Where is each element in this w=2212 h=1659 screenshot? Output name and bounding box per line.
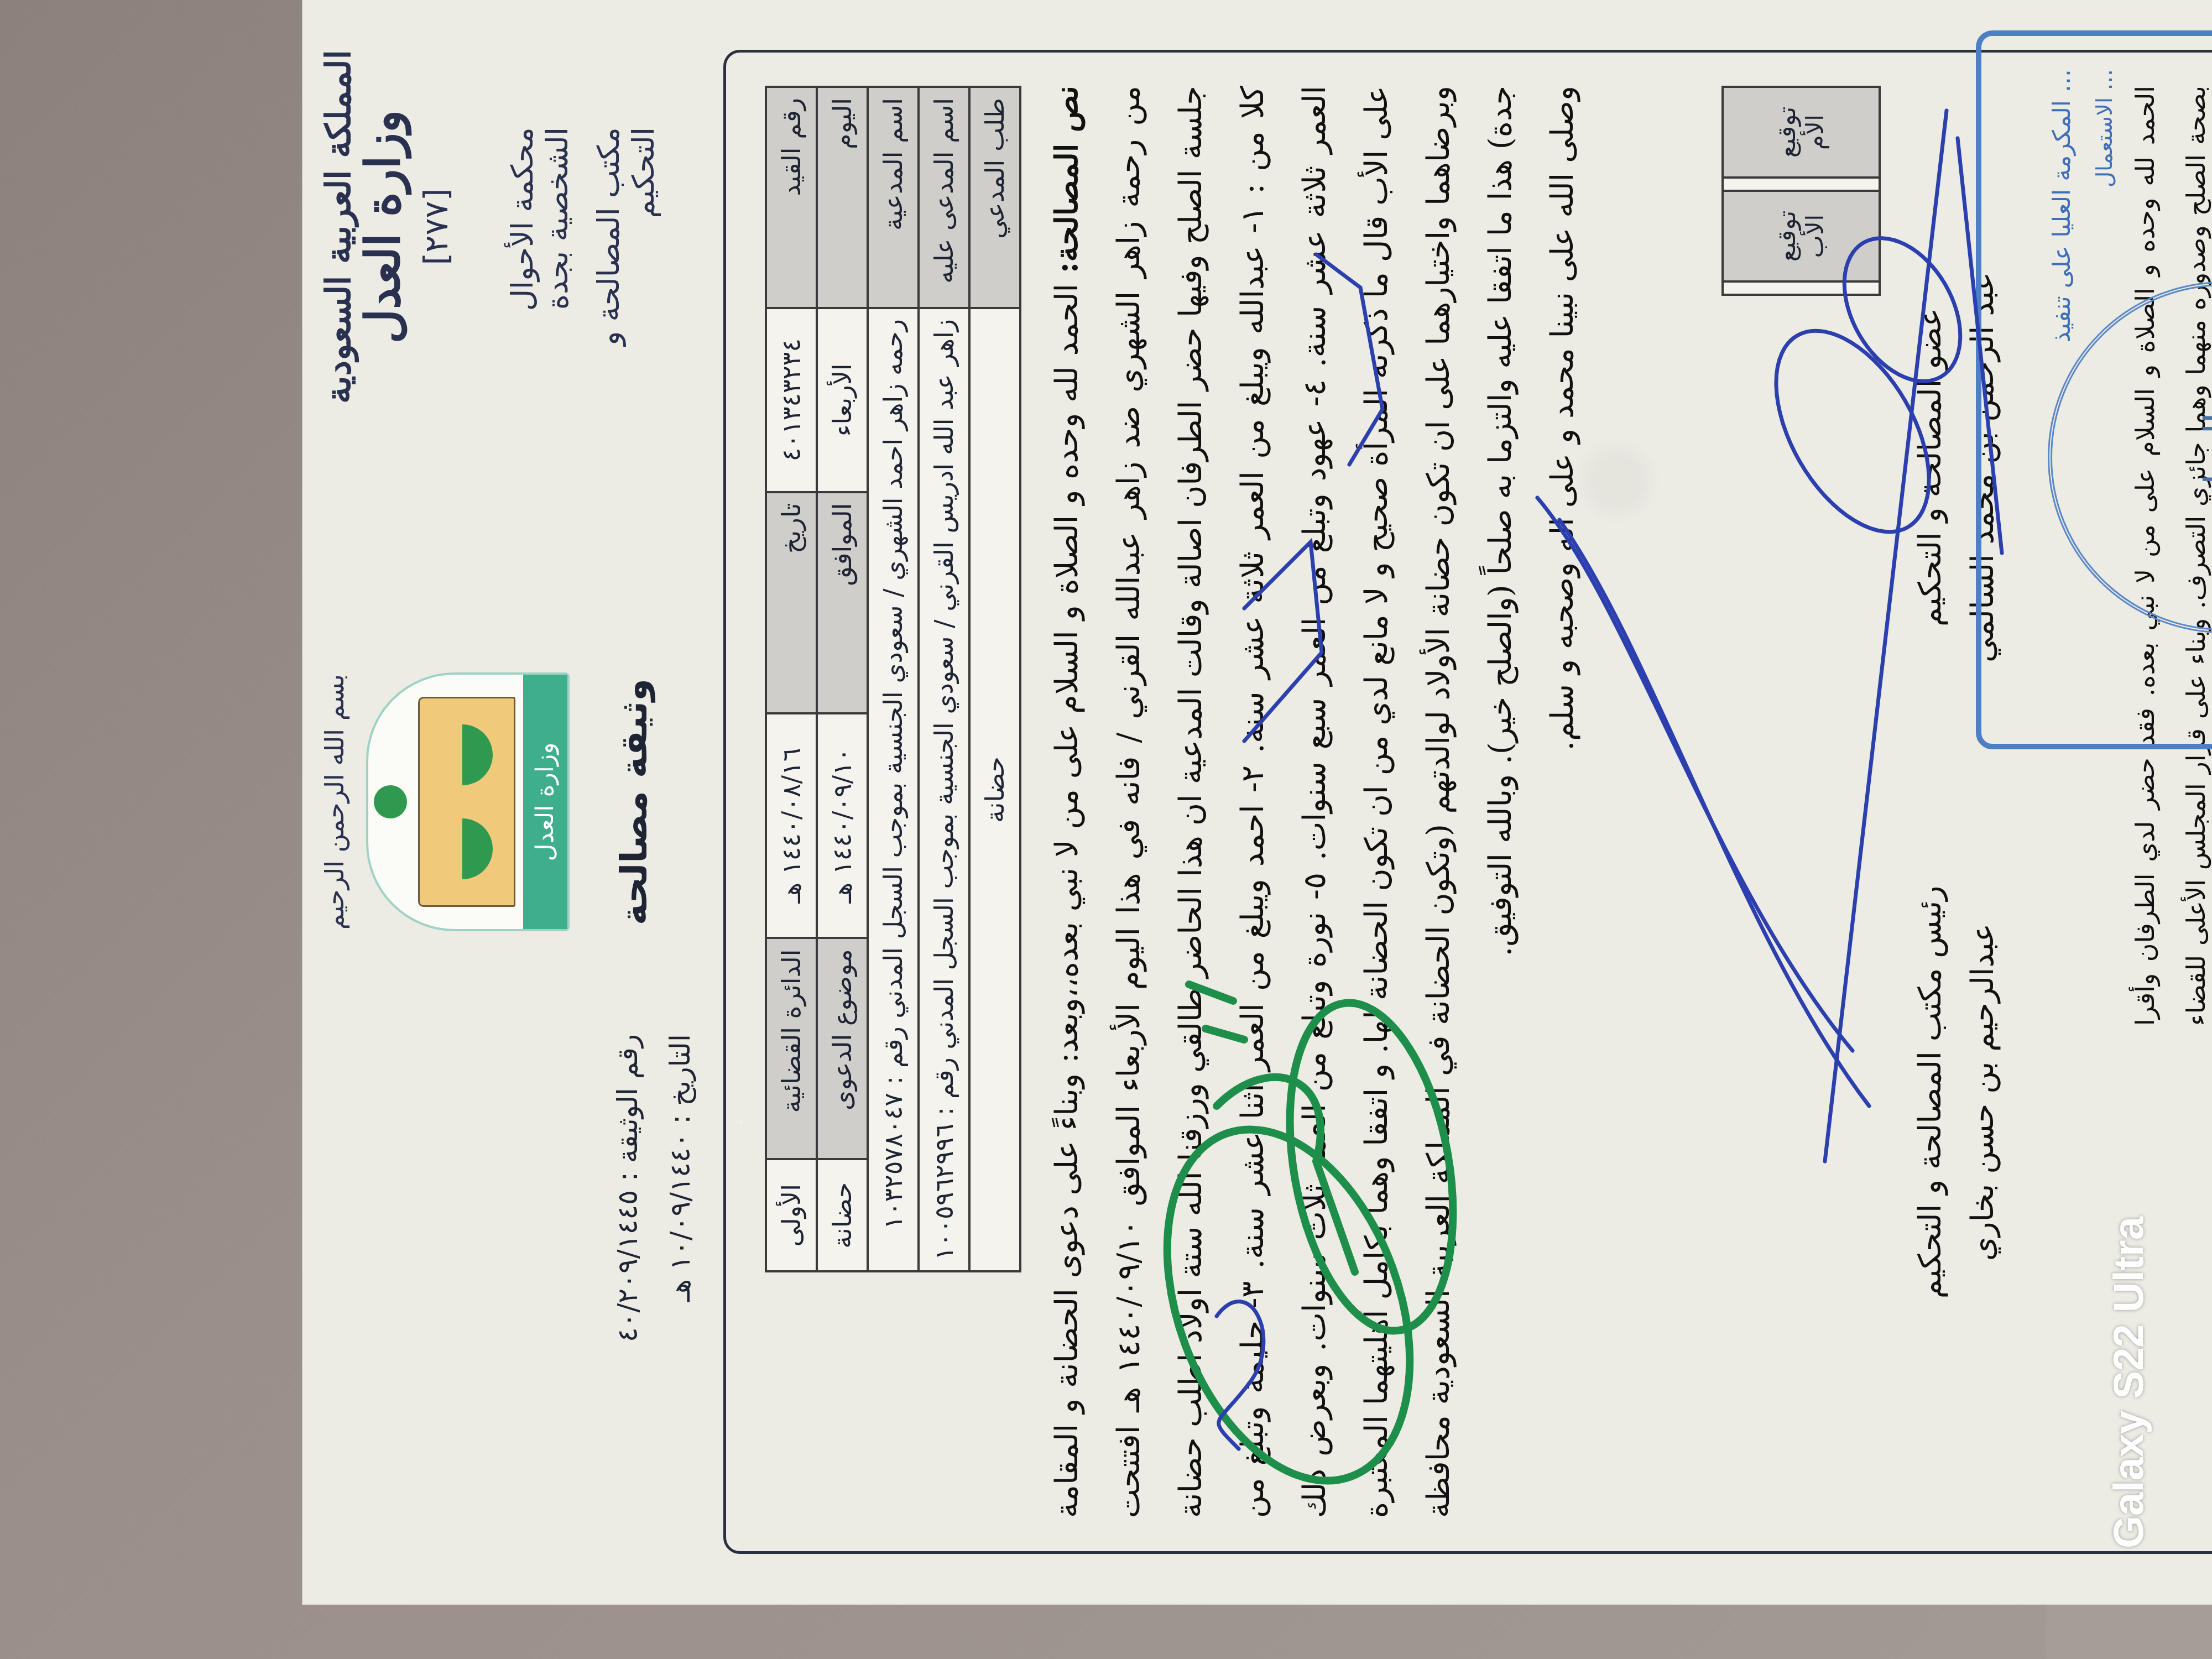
kingdom-name: المملكة العربية السعودية (320, 33, 357, 420)
table-row: اسم المدعية رحمه زاهر احمد الشهري / سعود… (868, 87, 919, 1271)
cell-value: ١٤٤٠/٠٩/١٠ هـ (817, 713, 868, 938)
stamp-line-1: ... المكرمة العليا على تنفيذ (2048, 69, 2076, 342)
document-page: المملكة العربية السعودية وزارة العدل [٢٧… (303, 0, 2212, 1604)
cell-label: تاريخ (766, 492, 817, 713)
head-title: رئيس مكتب المصالحة و التحكيم (1904, 788, 1957, 1396)
camera-watermark: Galaxy S22 Ultra (2068, 1145, 2190, 1620)
cell-value: رحمه زاهر احمد الشهري / سعودي الجنسية بم… (868, 308, 919, 1271)
reconciliation-body: الحمد لله وحده و الصلاة و السلام على من … (1049, 86, 1519, 1518)
document-date-row: التاريخ : ١٠/٠٩/١٤٤٠ هـ (654, 1034, 707, 1532)
cell-label: طلب المدعي (969, 87, 1020, 308)
father-signature-box (1723, 281, 1880, 295)
cell-value: ١٤٤٠/٠٨/١٦ هـ (766, 713, 817, 938)
content-frame: رقم القيد ٤٠١٣٤٣٢٣٤ تاريخ ١٤٤٠/٠٨/١٦ هـ … (723, 50, 2212, 1554)
photo-frame: المملكة العربية السعودية وزارة العدل [٢٧… (0, 0, 2212, 1659)
cell-value: ٤٠١٣٤٣٢٣٤ (766, 308, 817, 492)
cell-value: حضانة (817, 1159, 868, 1271)
document-date-label: التاريخ : (664, 1034, 696, 1124)
form-number: [٢٧٧] (418, 33, 455, 420)
document-title: وثيقة مصالحة (613, 679, 655, 925)
head-signer: رئيس مكتب المصالحة و التحكيم عبدالرحيم ب… (1904, 788, 2009, 1396)
mother-signature-label: توقيع الأم (1723, 87, 1880, 178)
father-signature-label: توقيع الأب (1723, 191, 1880, 281)
member-title: عضو المصالحة و التحكيم (1904, 163, 1957, 771)
cell-label: الموافق (817, 492, 868, 713)
stamp-line-2: ... الاستعمال (2092, 69, 2117, 187)
ministry-logo: وزارة العدل (366, 672, 570, 931)
cell-label: رقم القيد (766, 87, 817, 308)
ministry-header: المملكة العربية السعودية وزارة العدل [٢٧… (320, 33, 661, 420)
ministry-name: وزارة العدل (357, 33, 410, 420)
header-center: بسم الله الرحمن الرحيم وزارة العدل (320, 553, 570, 1051)
reconciliation-closing: وصلى الله على نبينا محمد و على اله وصحبه… (1545, 86, 1580, 750)
cell-label: اسم المدعى عليه (919, 87, 969, 308)
document-date: ١٠/٠٩/١٤٤٠ هـ (664, 1133, 696, 1301)
reconciliation-heading: نص المصالحة: (1048, 86, 1085, 273)
document-number-label: رقم الوثيقة : (612, 1034, 644, 1181)
cell-value: حضانة (969, 308, 1020, 1271)
cell-label: اسم المدعية (868, 87, 919, 308)
cell-value: الأربعاء (817, 308, 868, 492)
logo-caption: وزارة العدل (523, 675, 567, 929)
mother-signature-box (1723, 178, 1880, 191)
cell-value: الأولى (766, 1159, 817, 1271)
basmala: بسم الله الرحمن الرحيم (320, 553, 349, 1051)
table-row: اسم المدعى عليه زاهر عبد الله ادريس القر… (919, 87, 969, 1271)
document-number: ٤٠/٢٠٩/١٤٤٥ (612, 1190, 644, 1342)
head-name: عبدالرحيم بن حسن بخاري (1957, 788, 2009, 1396)
reconciliation-text: نص المصالحة: الحمد لله وحده و الصلاة و ا… (1036, 86, 1594, 1518)
office-name: مكتب المصالحة و التحكيم (591, 33, 661, 420)
seal-label: العدل (2196, 286, 2212, 629)
table-row: رقم القيد ٤٠١٣٤٣٢٣٤ تاريخ ١٤٤٠/٠٨/١٦ هـ … (766, 87, 817, 1271)
cell-value: زاهر عبد الله ادريس القرني / سعودي الجنس… (919, 308, 969, 1271)
table-row: توقيع الأم توقيع الأب (1723, 87, 1880, 295)
case-info-table: رقم القيد ٤٠١٣٤٣٢٣٤ تاريخ ١٤٤٠/٠٨/١٦ هـ … (765, 86, 1021, 1272)
official-stamp-box: ... المكرمة العليا على تنفيذ ... الاستعم… (1976, 30, 2212, 749)
palm-icon (374, 785, 407, 818)
cell-label: الدائرة القضائية (766, 938, 817, 1159)
document-number-row: رقم الوثيقة : ٤٠/٢٠٩/١٤٤٥ (602, 1034, 654, 1532)
table-row: اليوم الأربعاء الموافق ١٤٤٠/٠٩/١٠ هـ موض… (817, 87, 868, 1271)
table-row: طلب المدعي حضانة (969, 87, 1020, 1271)
court-name: محكمة الأحوال الشخصية بجدة (505, 33, 575, 420)
cell-label: اليوم (817, 87, 868, 308)
parties-signature-table: توقيع الأم توقيع الأب (1721, 86, 1881, 296)
cell-label: موضوع الدعوى (817, 938, 868, 1159)
document-meta: رقم الوثيقة : ٤٠/٢٠٩/١٤٤٥ التاريخ : ١٠/٠… (602, 1034, 707, 1532)
